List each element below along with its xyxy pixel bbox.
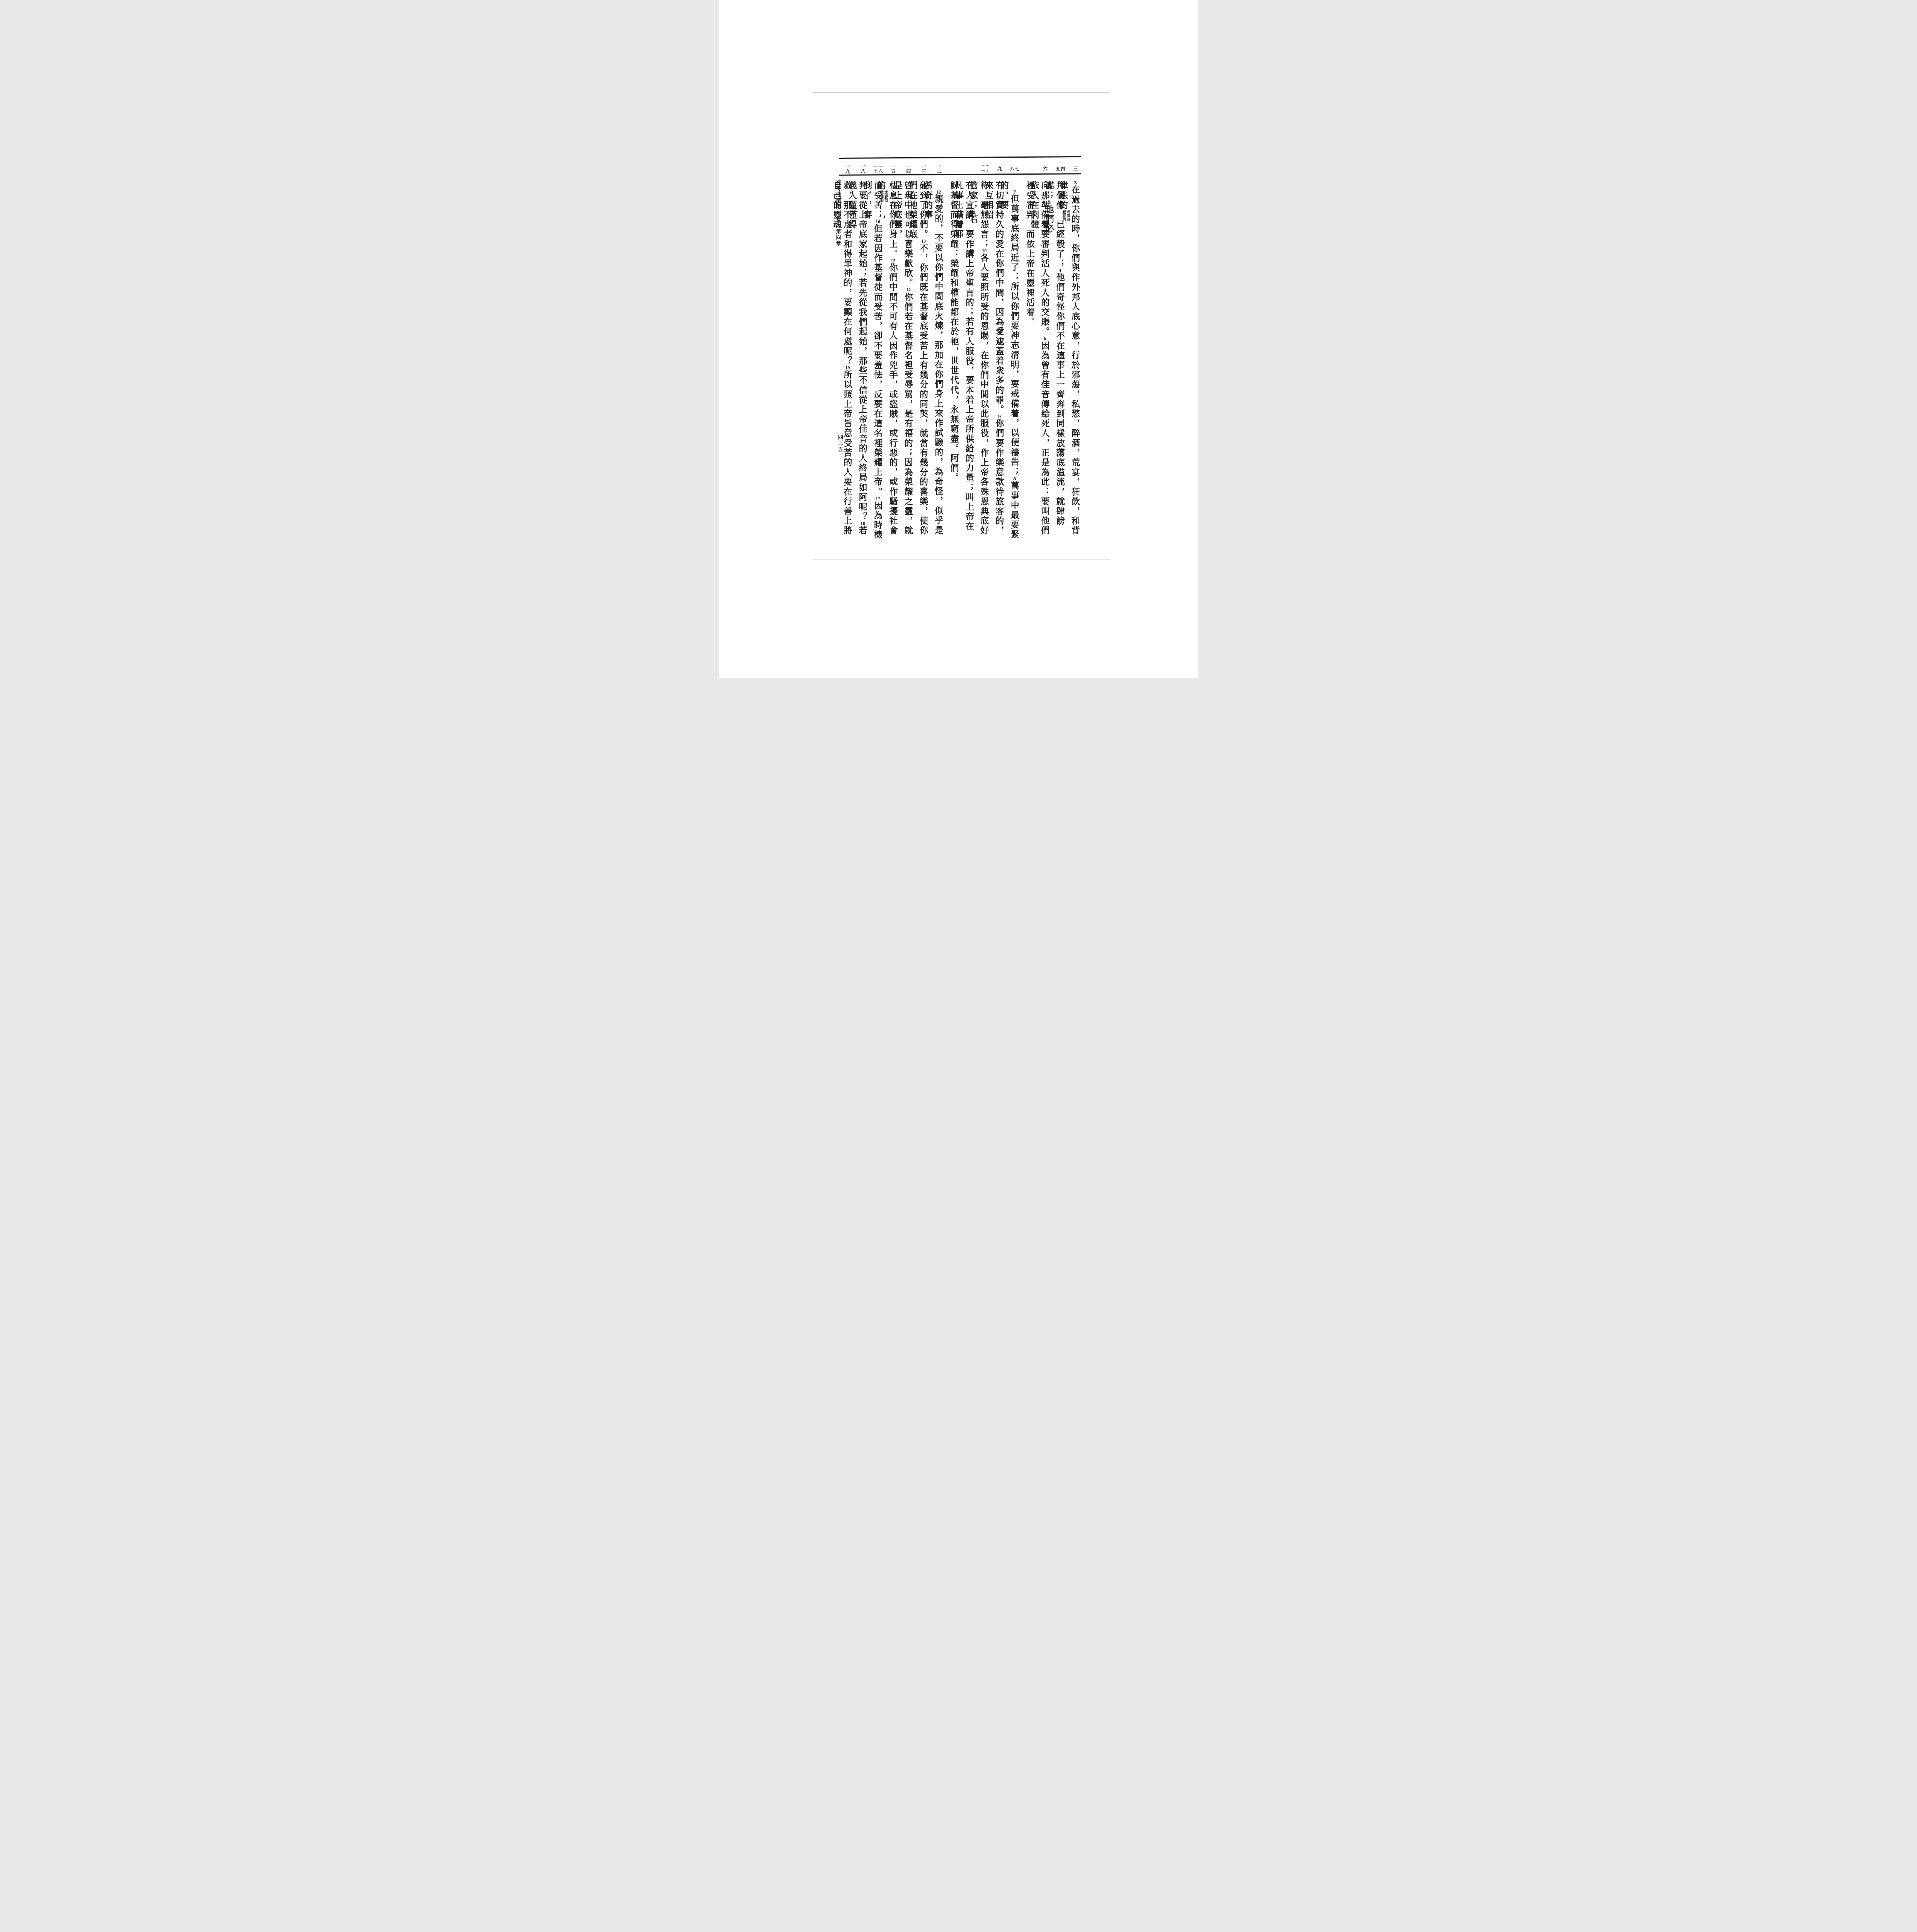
text-column: 啓現中也可以喜樂歡欣。14你們若在基督名裡受辱罵，是有福的；因為榮耀之靈，就是上… xyxy=(903,181,913,540)
verse-number: 6 xyxy=(1043,337,1048,341)
verse-number: 19 xyxy=(845,366,850,370)
margin-verse-number-label: 一九 xyxy=(845,164,850,174)
margin-verse-number-label: 一八 xyxy=(861,164,865,174)
header-rule-upper xyxy=(839,156,1080,159)
scripture-text: 裡受審判，而依上帝在靈裡活着。 xyxy=(1025,181,1035,327)
text-column: 而受苦；16但若因作基督徒而受苦，卻不要羞怯，反要在這名裡榮耀上帝。17因為時機… xyxy=(873,181,883,540)
margin-verse-number: 一一一〇 xyxy=(981,163,988,174)
margin-verse-number-label: 六 xyxy=(1043,166,1047,171)
verse-number: 18 xyxy=(860,522,865,526)
page-scan: 三四五六七八九一一一〇一二一三一四一五一六一七一八一九 3在過去的時，你們與作外… xyxy=(719,0,1198,678)
page-number: 四三五 xyxy=(836,434,843,452)
margin-verse-number-label: 一四 xyxy=(906,164,911,174)
margin-verse-number-label: 一二 xyxy=(936,164,941,174)
scripture-text: 拜偶像，已經彀了； xyxy=(1055,181,1065,269)
margin-verse-number-label: 一一一〇 xyxy=(981,165,988,173)
verse-number: 4 xyxy=(1058,269,1063,273)
margin-verse-number: 三 xyxy=(1073,163,1078,174)
verse-number: 9 xyxy=(997,415,1002,419)
margin-verse-number-label: 一五 xyxy=(891,164,895,174)
text-column: 向那準備着要審判活人死人的交賬。6因為曾有佳音傳給死人，正是為此：要叫他們依人在… xyxy=(1040,181,1050,540)
translator-note-line: 或譯假 xyxy=(884,190,888,202)
text-column: 有人宣講，要作講上帝聖言的；若有人服役，要本着上帝所供給的力量；叫上帝在凡事上藉… xyxy=(964,181,974,540)
scripture-text: 待，毫無怨言； xyxy=(979,181,989,249)
scan-artifact-line-bottom xyxy=(813,560,1110,560)
verse-number: 3 xyxy=(1073,181,1078,185)
margin-verse-number: 一三 xyxy=(921,163,926,174)
margin-verse-number: 一九 xyxy=(845,163,850,174)
paragraph-indent xyxy=(1014,181,1015,190)
running-title: 彼得通函第一卷第四章 xyxy=(834,180,841,247)
running-title-chapter: 第四章 xyxy=(835,229,841,247)
verse-number: 14 xyxy=(906,288,911,292)
text-column: 裡受審判，而依上帝在靈裡活着。 xyxy=(1025,181,1035,327)
scripture-text: 但萬事底終局近了；所以你們要神志清明，要戒備着，以便禱告； xyxy=(1009,194,1019,477)
margin-verse-number-label: 一三 xyxy=(921,164,926,174)
scripture-text: 有切實持久的愛在你們中間，因為愛遮蓋着衆多的罪。 xyxy=(994,181,1004,415)
text-column: 有切實持久的愛在你們中間，因為愛遮蓋着衆多的罪。9你們要作樂意款待旅客的，來互相… xyxy=(994,181,1005,540)
margin-verse-number-label: 三 xyxy=(1073,166,1078,171)
text-column: 碰到了你們。13不，你們既在基督底受苦上有幾分的同契，就當有幾分的喜樂，使你們在… xyxy=(919,181,929,540)
scripture-text: 而受苦； xyxy=(873,181,883,220)
scripture-text: 判要從上帝底家起始；若先從我們起始，那些不信從上帝佳音的人終局如阿呢？ xyxy=(857,181,867,522)
margin-verse-number: 一六一七 xyxy=(873,163,883,174)
scripture-text: 棲息在你們身上。 xyxy=(888,181,898,259)
translator-note-line: 或譯可 xyxy=(1066,210,1070,222)
verse-number: 15 xyxy=(891,259,896,263)
verse-number: 8 xyxy=(1012,477,1017,481)
text-column: 救，那不虔者和得罪神的，要顯在何處呢？19所以照上帝旨意受苦的人要在行善上將自己… xyxy=(842,181,853,540)
scripture-text: 穌基督而得榮耀：榮耀和權能都在於祂，世世代代，永無窮盡。阿們。 xyxy=(949,181,959,483)
text-column: 待，毫無怨言；10各人要照所受的恩賜，在你們中間以此服役，作上帝各殊恩典底好管家… xyxy=(979,181,990,540)
running-title-gap xyxy=(837,222,838,229)
text-column: 棲息在你們身上。15你們中間不可有人因作兇手，或盜賊，或行惡的，或作騷擾社會的或… xyxy=(888,181,898,540)
verse-number: 10 xyxy=(982,249,987,253)
verse-number: 17 xyxy=(876,497,881,501)
scripture-text: 向那準備着要審判活人死人的交賬。 xyxy=(1040,181,1050,337)
scan-artifact-line-top xyxy=(813,92,1110,93)
verse-number: 12 xyxy=(936,190,941,194)
text-column: 3在過去的時，你們與作外邦人底心意，行於邪蕩，私慾，醉酒，荒宴，狂飲，和背律法的… xyxy=(1070,181,1081,540)
scripture-text: 碰到了你們。 xyxy=(919,181,929,239)
margin-verse-number: 六 xyxy=(1043,163,1047,174)
text-column: 穌基督而得榮耀：榮耀和權能都在於祂，世世代代，永無窮盡。阿們。 xyxy=(949,181,959,483)
margin-verse-number: 四五 xyxy=(1056,163,1065,174)
verse-number: 7 xyxy=(1012,190,1017,194)
running-title-book: 彼得通函第一卷 xyxy=(835,180,841,222)
margin-verse-number: 一二 xyxy=(936,163,941,174)
scripture-text: 但若因作基督徒而受苦，卻不要羞怯，反要在這名裡榮耀上帝。 xyxy=(873,224,883,497)
text-column: 12親愛的，不要以你們中間底火煉，那加在你們身上來作試驗的，為奇怪，似乎是希奇的… xyxy=(934,181,944,540)
margin-verse-number: 一八 xyxy=(861,163,865,174)
verse-number: 16 xyxy=(876,220,881,224)
text-column: 7但萬事底終局近了；所以你們要神志清明，要戒備着，以便禱告；8萬事中最要緊的，要 xyxy=(1009,181,1020,540)
verse-number: 13 xyxy=(921,239,926,243)
scripture-text: 救，那不虔者和得罪神的，要顯在何處呢？ xyxy=(842,181,852,366)
margin-verse-number: 一五 xyxy=(891,163,895,174)
margin-verse-number: 一四 xyxy=(906,163,911,174)
text-column: 拜偶像，已經彀了；4他們奇怪你們不在這事上一齊奔到同樣放蕩底溢流，就肆謗讟；5他… xyxy=(1055,181,1065,540)
paragraph-indent xyxy=(938,181,939,190)
margin-verse-number-label: 七八 xyxy=(1010,167,1019,171)
margin-verse-number-label: 九 xyxy=(997,166,1002,171)
margin-verse-number-label: 四五 xyxy=(1056,167,1065,171)
margin-verse-number: 九 xyxy=(997,163,1002,174)
scripture-text: 啓現中也可以喜樂歡欣。 xyxy=(903,181,913,288)
margin-verse-number-label: 一六一七 xyxy=(873,164,883,173)
text-column: 判要從上帝底家起始；若先從我們起始，那些不信從上帝佳音的人終局如阿呢？18若義人… xyxy=(857,181,868,540)
margin-verse-number: 七八 xyxy=(1010,163,1019,174)
